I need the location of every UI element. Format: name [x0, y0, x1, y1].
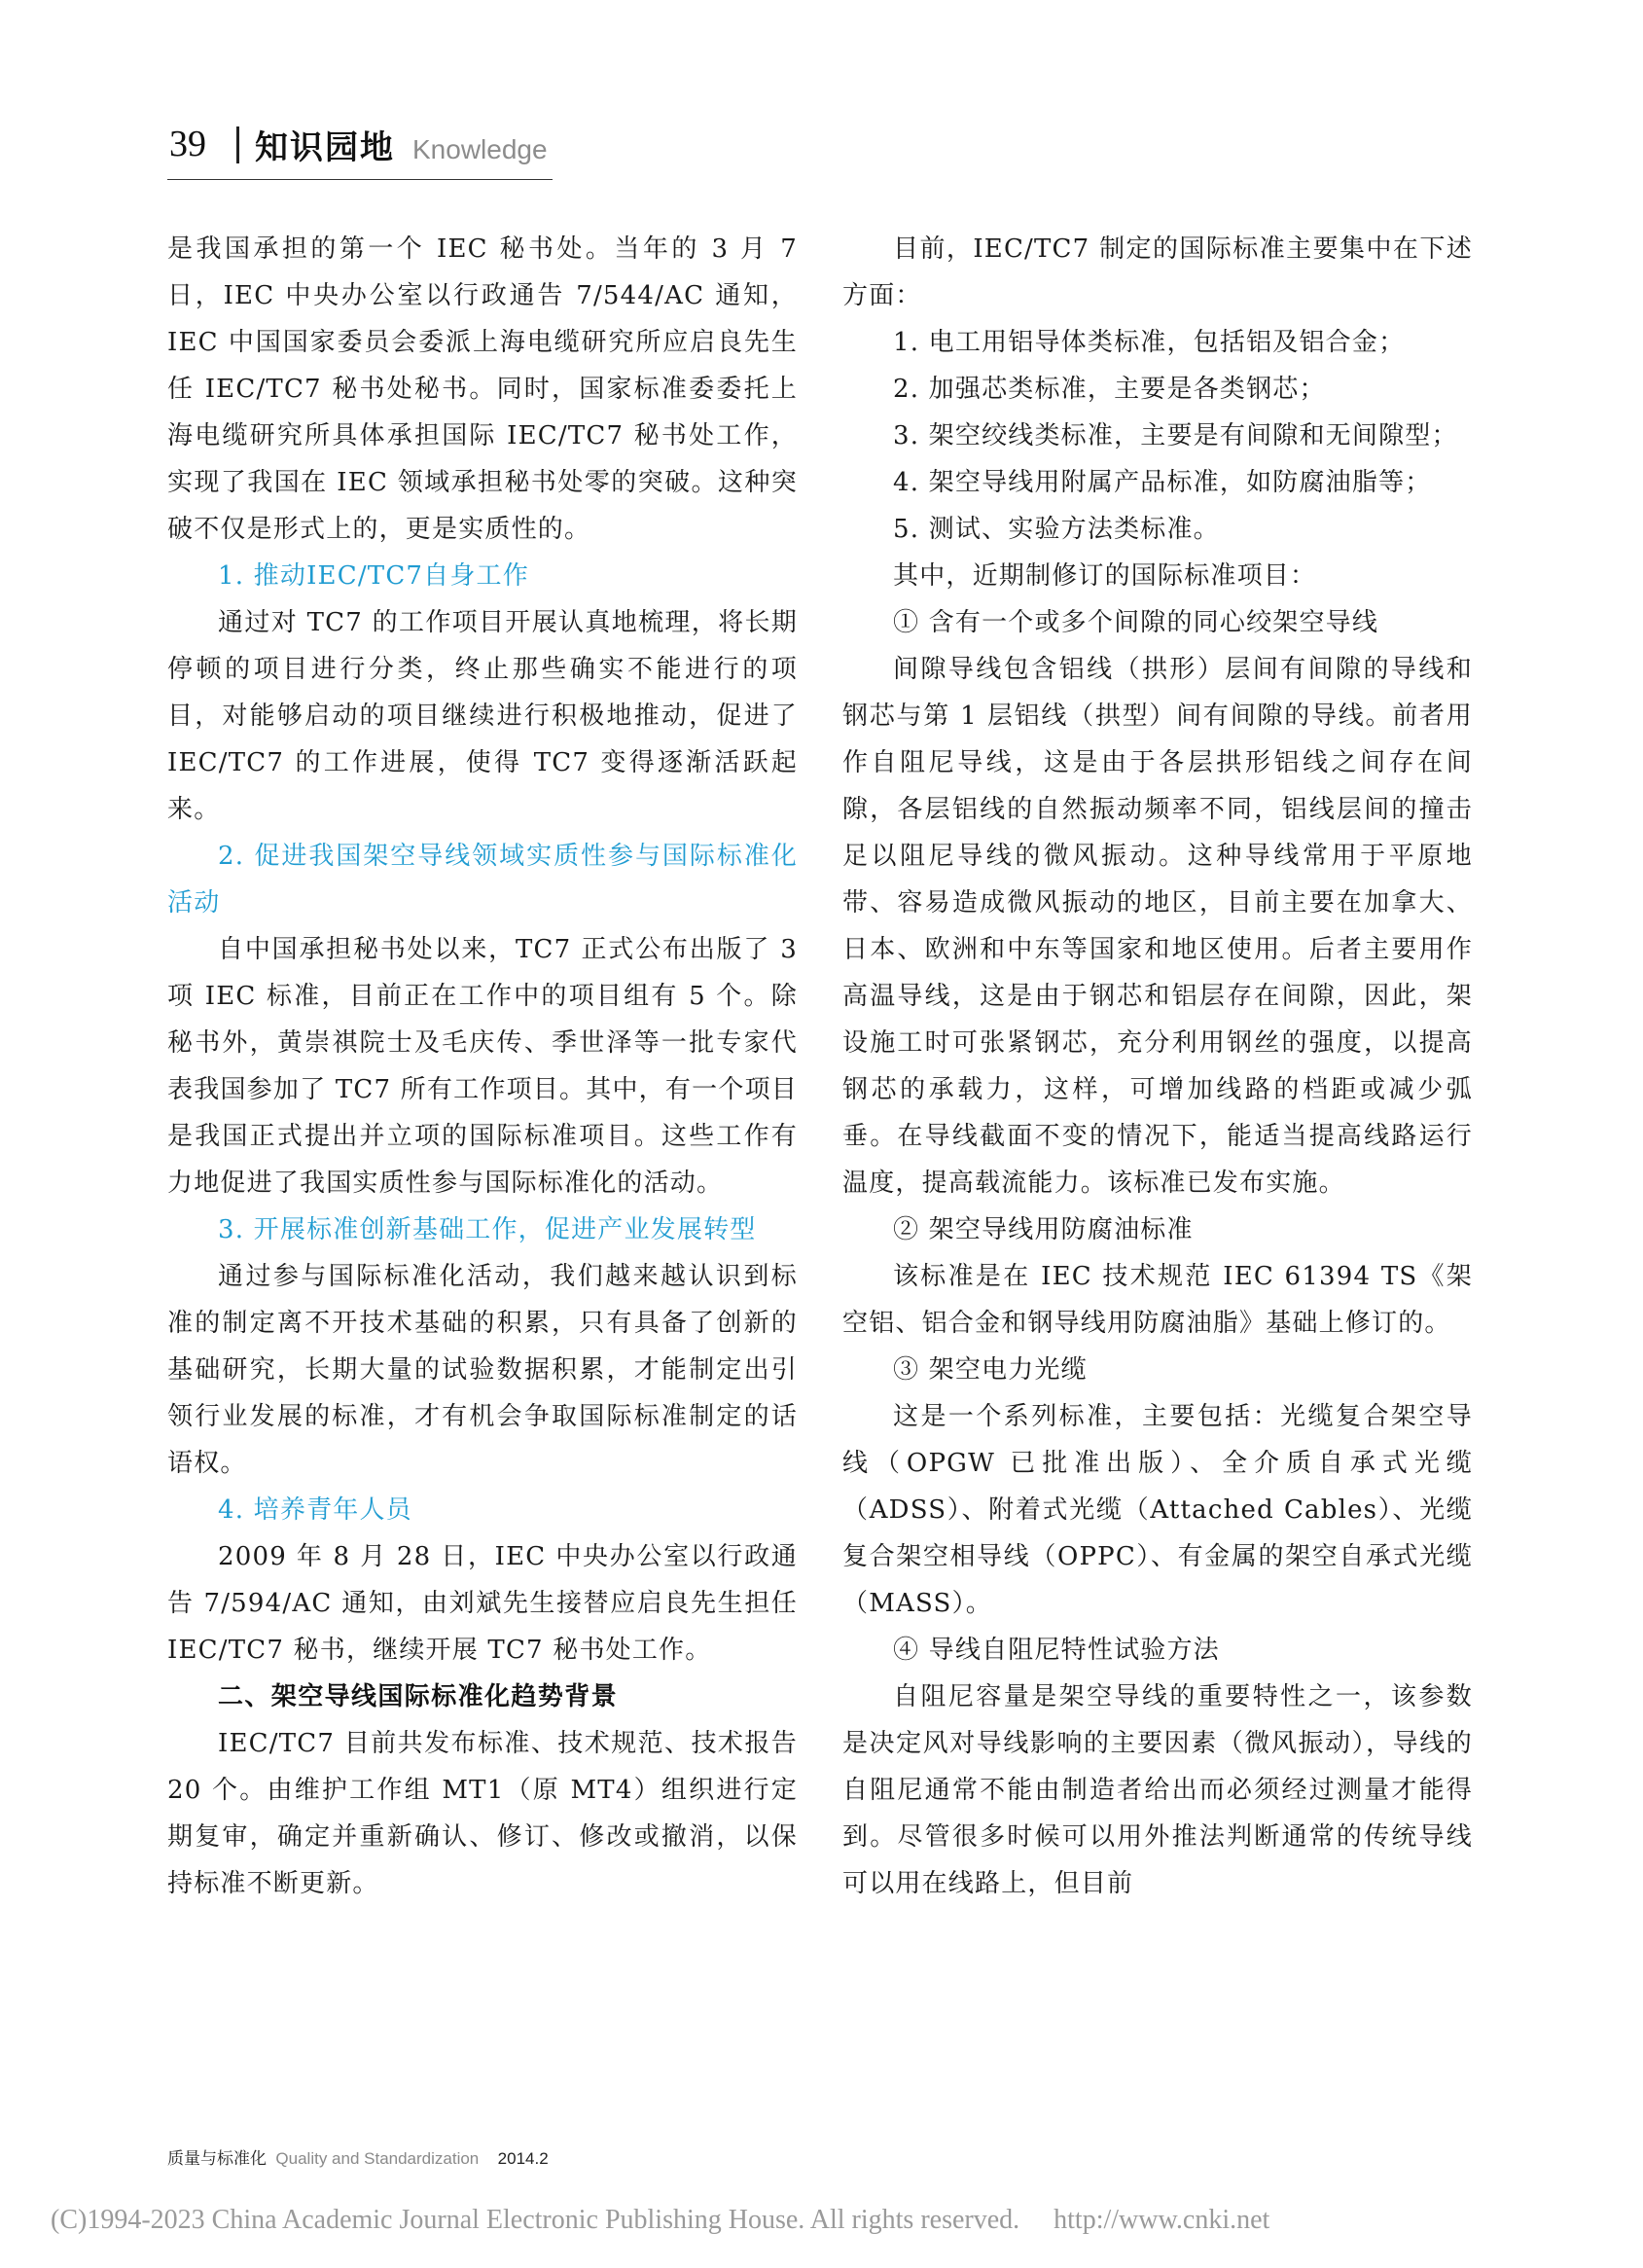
paragraph: 1. 电工用铝导体类标准，包括铝及铝合金；: [842, 319, 1473, 366]
left-column: 是我国承担的第一个 IEC 秘书处。当年的 3 月 7 日，IEC 中央办公室以…: [167, 226, 798, 1907]
paragraph: 这是一个系列标准，主要包括：光缆复合架空导线（OPGW 已批准出版）、全介质自承…: [842, 1393, 1473, 1627]
paragraph: 5. 测试、实验方法类标准。: [842, 506, 1473, 553]
copyright-text: (C)1994-2023 China Academic Journal Elec…: [51, 2205, 1019, 2235]
journal-name-en: Quality and Standardization: [275, 2149, 479, 2168]
section-title-en: Knowledge: [412, 134, 548, 165]
paragraph: ④ 导线自阻尼特性试验方法: [842, 1627, 1473, 1674]
cnki-link[interactable]: http://www.cnki.net: [1054, 2205, 1269, 2235]
paragraph: ② 架空导线用防腐油标准: [842, 1206, 1473, 1253]
paragraph: 间隙导线包含铝线（拱形）层间有间隙的导线和钢芯与第 1 层铝线（拱型）间有间隙的…: [842, 646, 1473, 1206]
section-heading: 二、架空导线国际标准化趋势背景: [167, 1674, 798, 1720]
paragraph: 2. 加强芯类标准，主要是各类钢芯；: [842, 366, 1473, 413]
header-rule: [167, 179, 553, 180]
paragraph: 自阻尼容量是架空导线的重要特性之一，该参数是决定风对导线影响的主要因素（微风振动…: [842, 1674, 1473, 1907]
subsection-heading: 1. 推动IEC/TC7自身工作: [167, 553, 798, 599]
paragraph: 是我国承担的第一个 IEC 秘书处。当年的 3 月 7 日，IEC 中央办公室以…: [167, 226, 798, 553]
paragraph: ③ 架空电力光缆: [842, 1347, 1473, 1393]
copyright-notice: (C)1994-2023 China Academic Journal Elec…: [51, 2205, 1607, 2236]
section-title-cn: 知识园地: [255, 121, 395, 168]
header-divider: [236, 126, 239, 163]
paragraph: 通过对 TC7 的工作项目开展认真地梳理，将长期停顿的项目进行分类，终止那些确实…: [167, 599, 798, 833]
paragraph: 其中，近期制修订的国际标准项目：: [842, 553, 1473, 599]
journal-name-cn: 质量与标准化: [167, 2149, 267, 2169]
paragraph: 目前，IEC/TC7 制定的国际标准主要集中在下述方面：: [842, 226, 1473, 319]
page-header: 39 知识园地 Knowledge: [167, 115, 553, 179]
subsection-heading: 4. 培养青年人员: [167, 1487, 798, 1533]
paragraph: 3. 架空绞线类标准，主要是有间隙和无间隙型；: [842, 413, 1473, 459]
paragraph: ① 含有一个或多个间隙的同心绞架空导线: [842, 599, 1473, 646]
subsection-heading: 3. 开展标准创新基础工作，促进产业发展转型: [167, 1206, 798, 1253]
paragraph: 4. 架空导线用附属产品标准，如防腐油脂等；: [842, 459, 1473, 506]
page-footer: 质量与标准化 Quality and Standardization 2014.…: [167, 2144, 549, 2169]
page-number: 39: [169, 123, 206, 165]
right-column: 目前，IEC/TC7 制定的国际标准主要集中在下述方面：1. 电工用铝导体类标准…: [842, 226, 1473, 1907]
journal-issue: 2014.2: [498, 2149, 549, 2168]
paragraph: 该标准是在 IEC 技术规范 IEC 61394 TS《架空铝、铝合金和钢导线用…: [842, 1253, 1473, 1347]
paragraph: IEC/TC7 目前共发布标准、技术规范、技术报告 20 个。由维护工作组 MT…: [167, 1720, 798, 1907]
paragraph: 2009 年 8 月 28 日，IEC 中央办公室以行政通告 7/594/AC …: [167, 1533, 798, 1674]
paragraph: 通过参与国际标准化活动，我们越来越认识到标准的制定离不开技术基础的积累，只有具备…: [167, 1253, 798, 1487]
subsection-heading: 2. 促进我国架空导线领域实质性参与国际标准化活动: [167, 833, 798, 926]
paragraph: 自中国承担秘书处以来，TC7 正式公布出版了 3 项 IEC 标准，目前正在工作…: [167, 926, 798, 1206]
